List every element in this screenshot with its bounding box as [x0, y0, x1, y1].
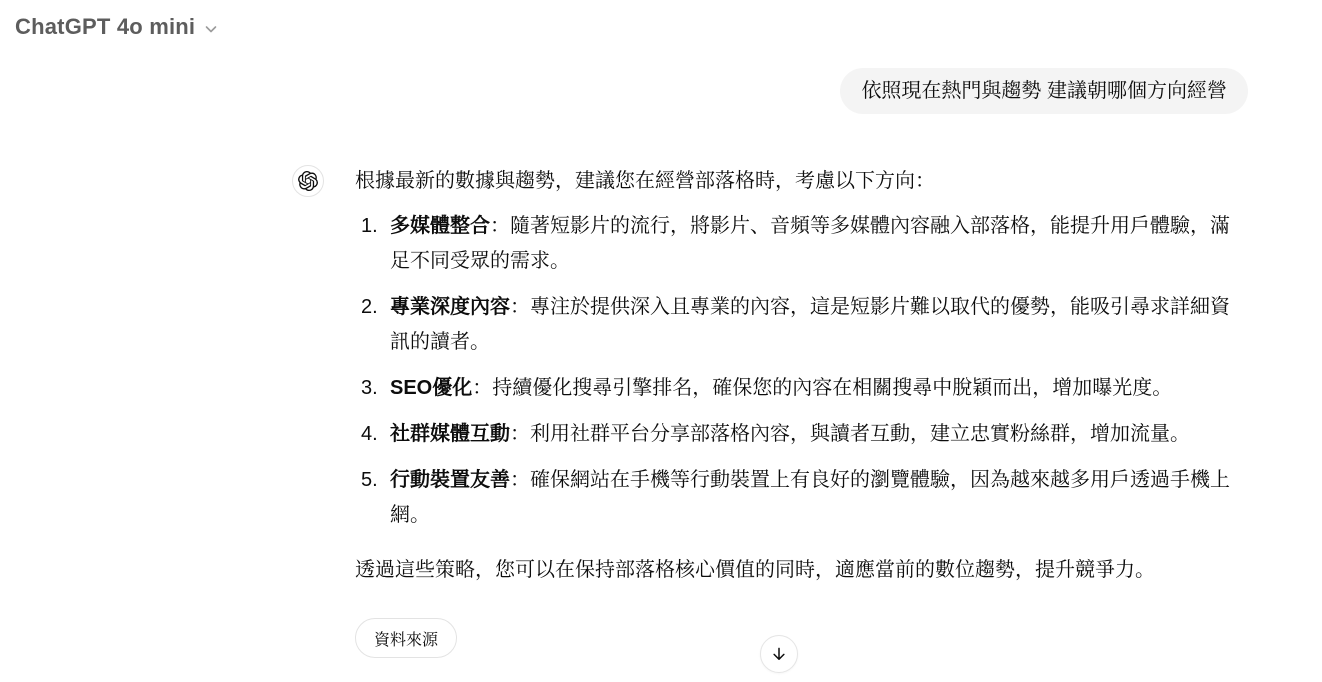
list-item-number: 2.	[355, 290, 390, 360]
list-item-text: 行動裝置友善：確保網站在手機等行動裝置上有良好的瀏覽體驗，因為越來越多用戶透過手…	[390, 463, 1248, 533]
list-item-text: 多媒體整合：隨著短影片的流行，將影片、音頻等多媒體內容融入部落格，能提升用戶體驗…	[390, 209, 1248, 279]
user-message-row: 依照現在熱門與趨勢 建議朝哪個方向經營	[840, 68, 1248, 114]
assistant-message-row: 根據最新的數據與趨勢，建議您在經營部落格時，考慮以下方向： 1. 多媒體整合：隨…	[292, 164, 1248, 658]
list-item: 4. 社群媒體互動：利用社群平台分享部落格內容，與讀者互動，建立忠實粉絲群，增加…	[355, 417, 1248, 452]
list-item: 3. SEO優化：持續優化搜尋引擎排名，確保您的內容在相關搜尋中脫穎而出，增加曝…	[355, 371, 1248, 406]
arrow-down-icon	[770, 645, 788, 663]
list-item-number: 3.	[355, 371, 390, 406]
user-message-bubble: 依照現在熱門與趨勢 建議朝哪個方向經營	[840, 68, 1248, 114]
model-switcher-button[interactable]: ChatGPT 4o mini	[13, 10, 221, 44]
list-item: 1. 多媒體整合：隨著短影片的流行，將影片、音頻等多媒體內容融入部落格，能提升用…	[355, 209, 1248, 279]
list-item-text: SEO優化：持續優化搜尋引擎排名，確保您的內容在相關搜尋中脫穎而出，增加曝光度。	[390, 371, 1248, 406]
recommendation-list: 1. 多媒體整合：隨著短影片的流行，將影片、音頻等多媒體內容融入部落格，能提升用…	[355, 209, 1248, 533]
list-item: 2. 專業深度內容：專注於提供深入且專業的內容，這是短影片難以取代的優勢，能吸引…	[355, 290, 1248, 360]
scroll-to-bottom-button[interactable]	[760, 635, 798, 673]
list-item-number: 1.	[355, 209, 390, 279]
list-item-text: 社群媒體互動：利用社群平台分享部落格內容，與讀者互動，建立忠實粉絲群，增加流量。	[390, 417, 1248, 452]
assistant-closing-paragraph: 透過這些策略，您可以在保持部落格核心價值的同時，適應當前的數位趨勢，提升競爭力。	[355, 553, 1248, 588]
model-name-label: ChatGPT 4o mini	[15, 14, 195, 40]
assistant-intro-paragraph: 根據最新的數據與趨勢，建議您在經營部落格時，考慮以下方向：	[355, 164, 1248, 199]
openai-logo-icon	[298, 171, 318, 191]
sources-button[interactable]: 資料來源	[355, 618, 457, 658]
assistant-avatar	[292, 165, 324, 197]
list-item: 5. 行動裝置友善：確保網站在手機等行動裝置上有良好的瀏覽體驗，因為越來越多用戶…	[355, 463, 1248, 533]
list-item-text: 專業深度內容：專注於提供深入且專業的內容，這是短影片難以取代的優勢，能吸引尋求詳…	[390, 290, 1248, 360]
list-item-number: 4.	[355, 417, 390, 452]
list-item-number: 5.	[355, 463, 390, 533]
assistant-message-content: 根據最新的數據與趨勢，建議您在經營部落格時，考慮以下方向： 1. 多媒體整合：隨…	[355, 164, 1248, 658]
chevron-down-icon	[203, 21, 219, 37]
